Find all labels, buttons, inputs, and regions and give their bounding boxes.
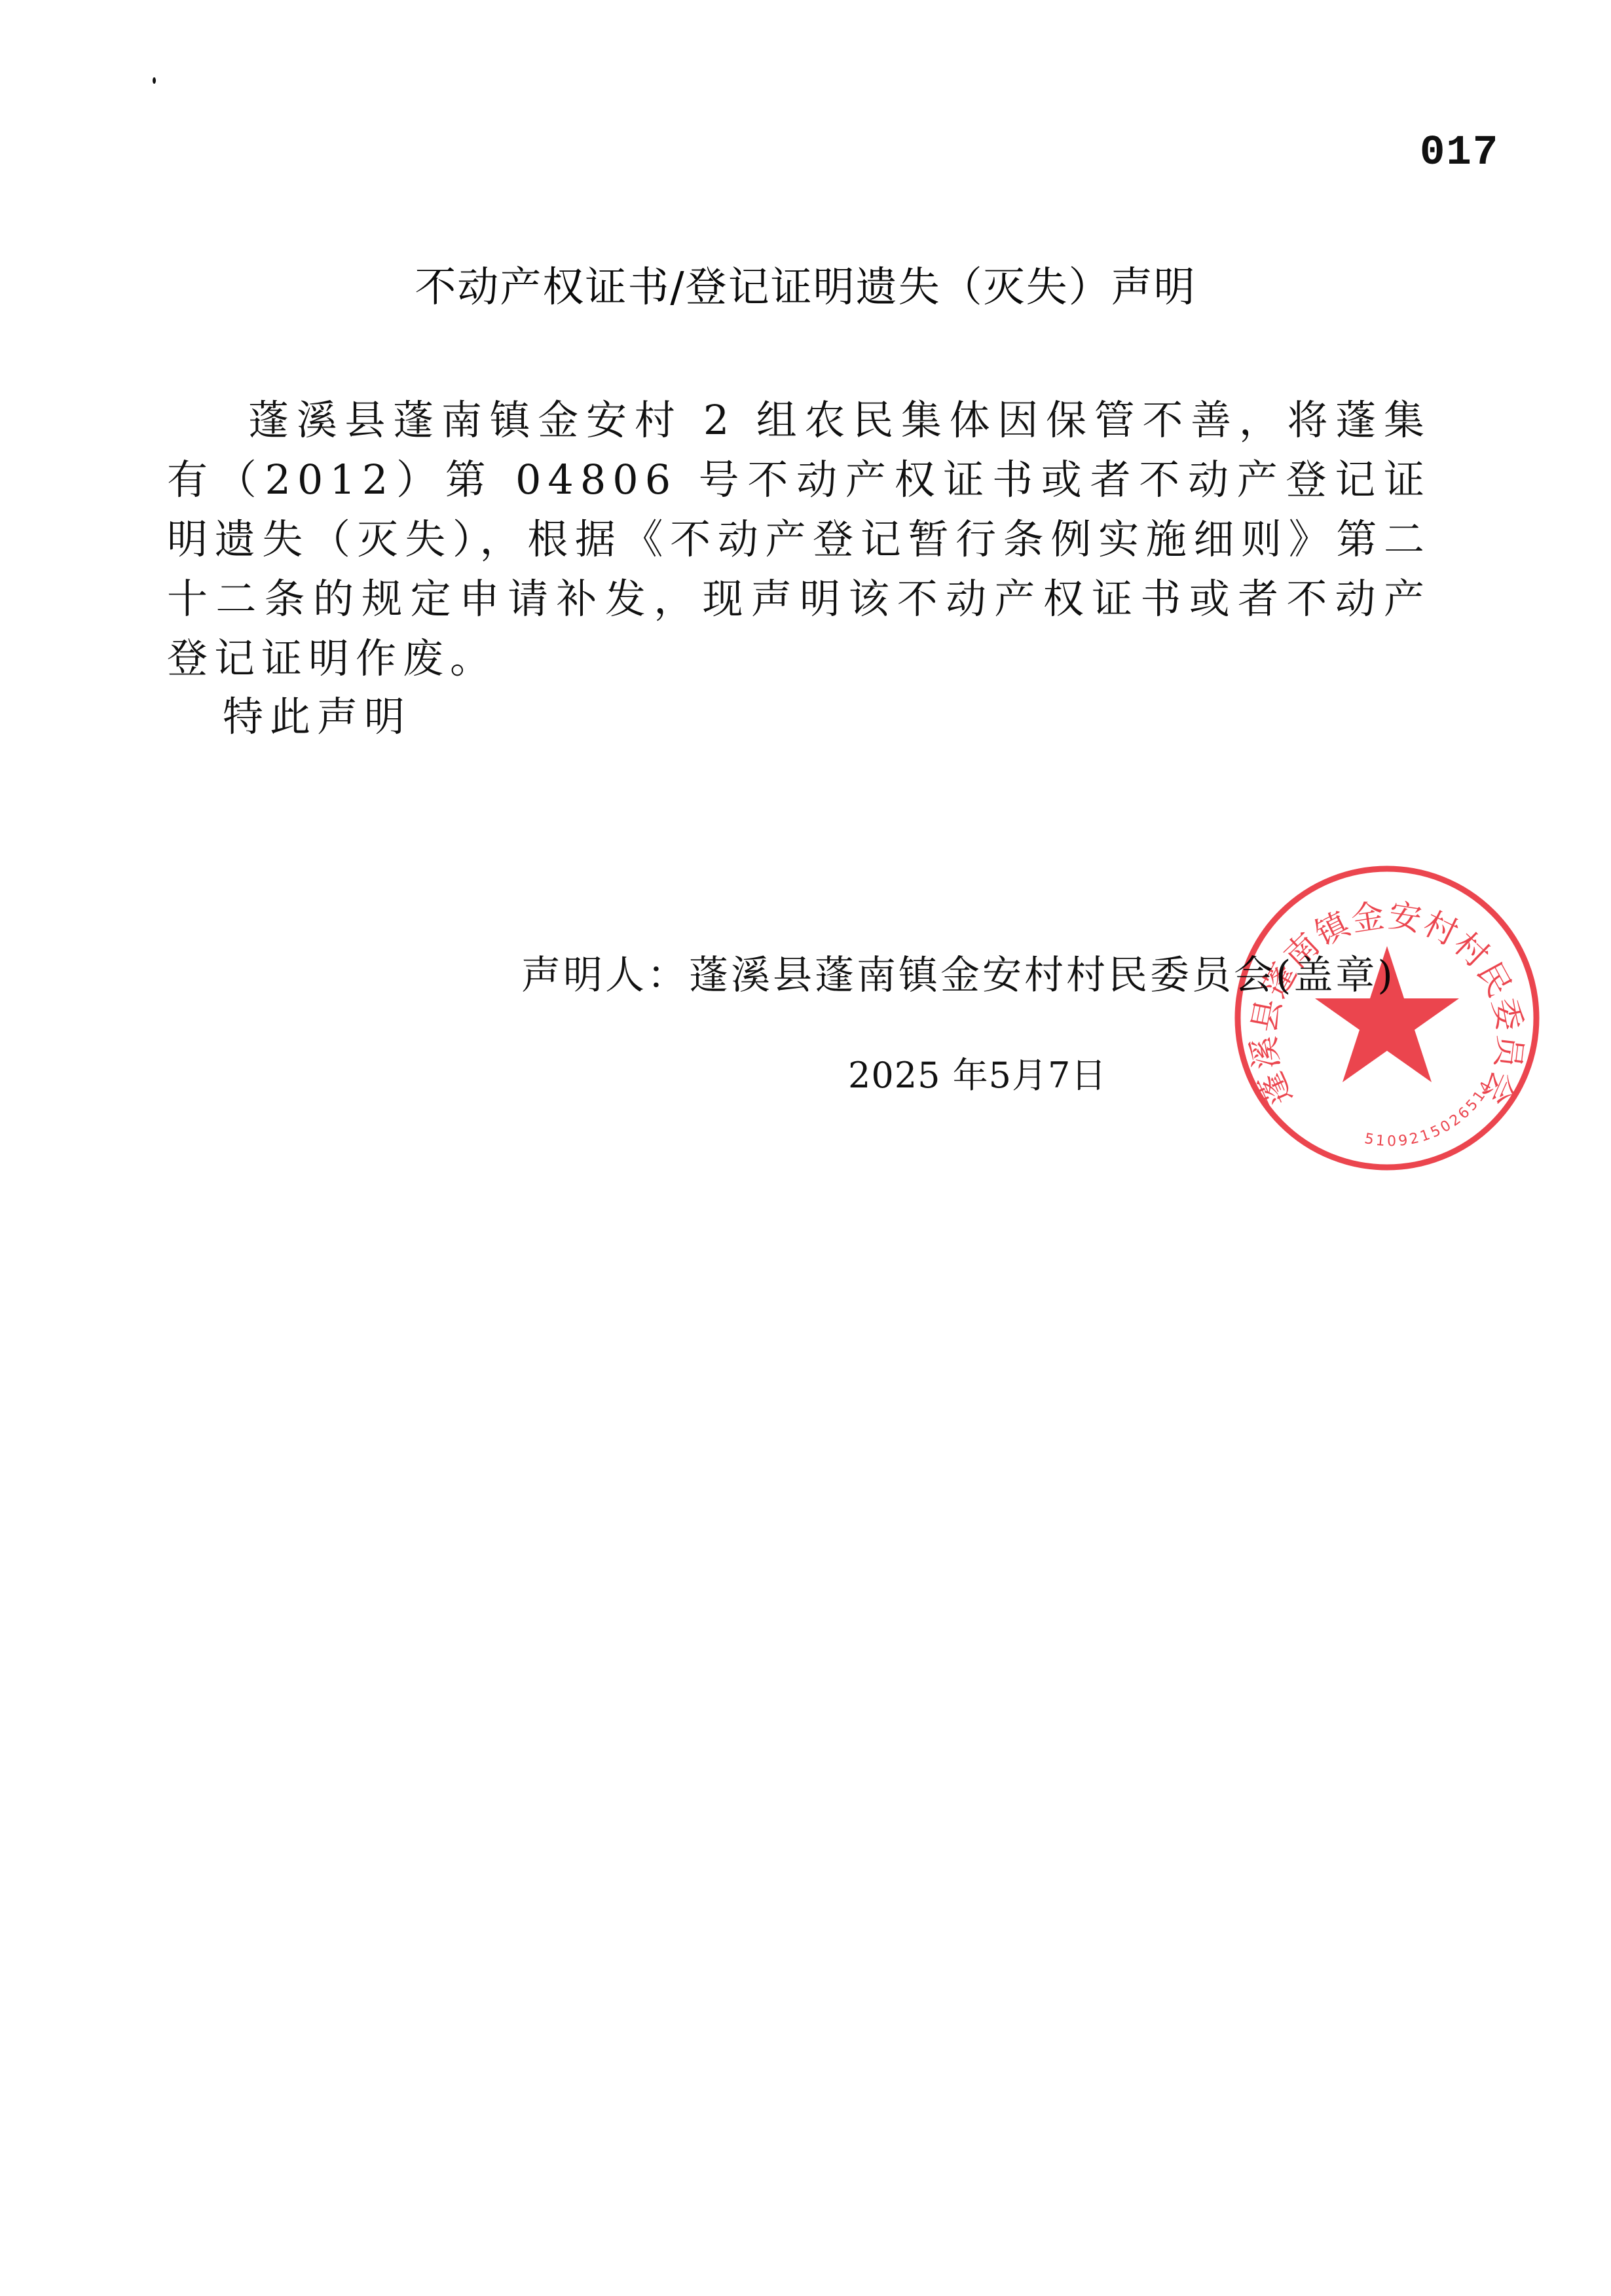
closing-statement: 特此声明 [223, 684, 411, 742]
official-seal: 蓬溪县蓬南镇金安村村民委员会 5109215026514 [1230, 861, 1544, 1175]
declarant-label: 声明人： [521, 953, 689, 998]
document-title: 不动产权证书/登记证明遗失（灭失）声明 [0, 254, 1611, 314]
declaration-paragraph: 蓬溪县蓬南镇金安村 2 组农民集体因保管不善，将蓬集有（2012）第 04806… [167, 390, 1431, 688]
declaration-date: 2025 年5月7日 [848, 1048, 1107, 1098]
declarant-name: 蓬溪县蓬南镇金安村村民委员会 [689, 953, 1276, 998]
seal-stamp-icon: 蓬溪县蓬南镇金安村村民委员会 5109215026514 [1230, 861, 1544, 1175]
page-number: 017 [1420, 130, 1499, 177]
star-icon [1315, 946, 1459, 1082]
scan-speck [153, 77, 156, 84]
declaration-body: 蓬溪县蓬南镇金安村 2 组农民集体因保管不善，将蓬集有（2012）第 04806… [167, 390, 1431, 688]
